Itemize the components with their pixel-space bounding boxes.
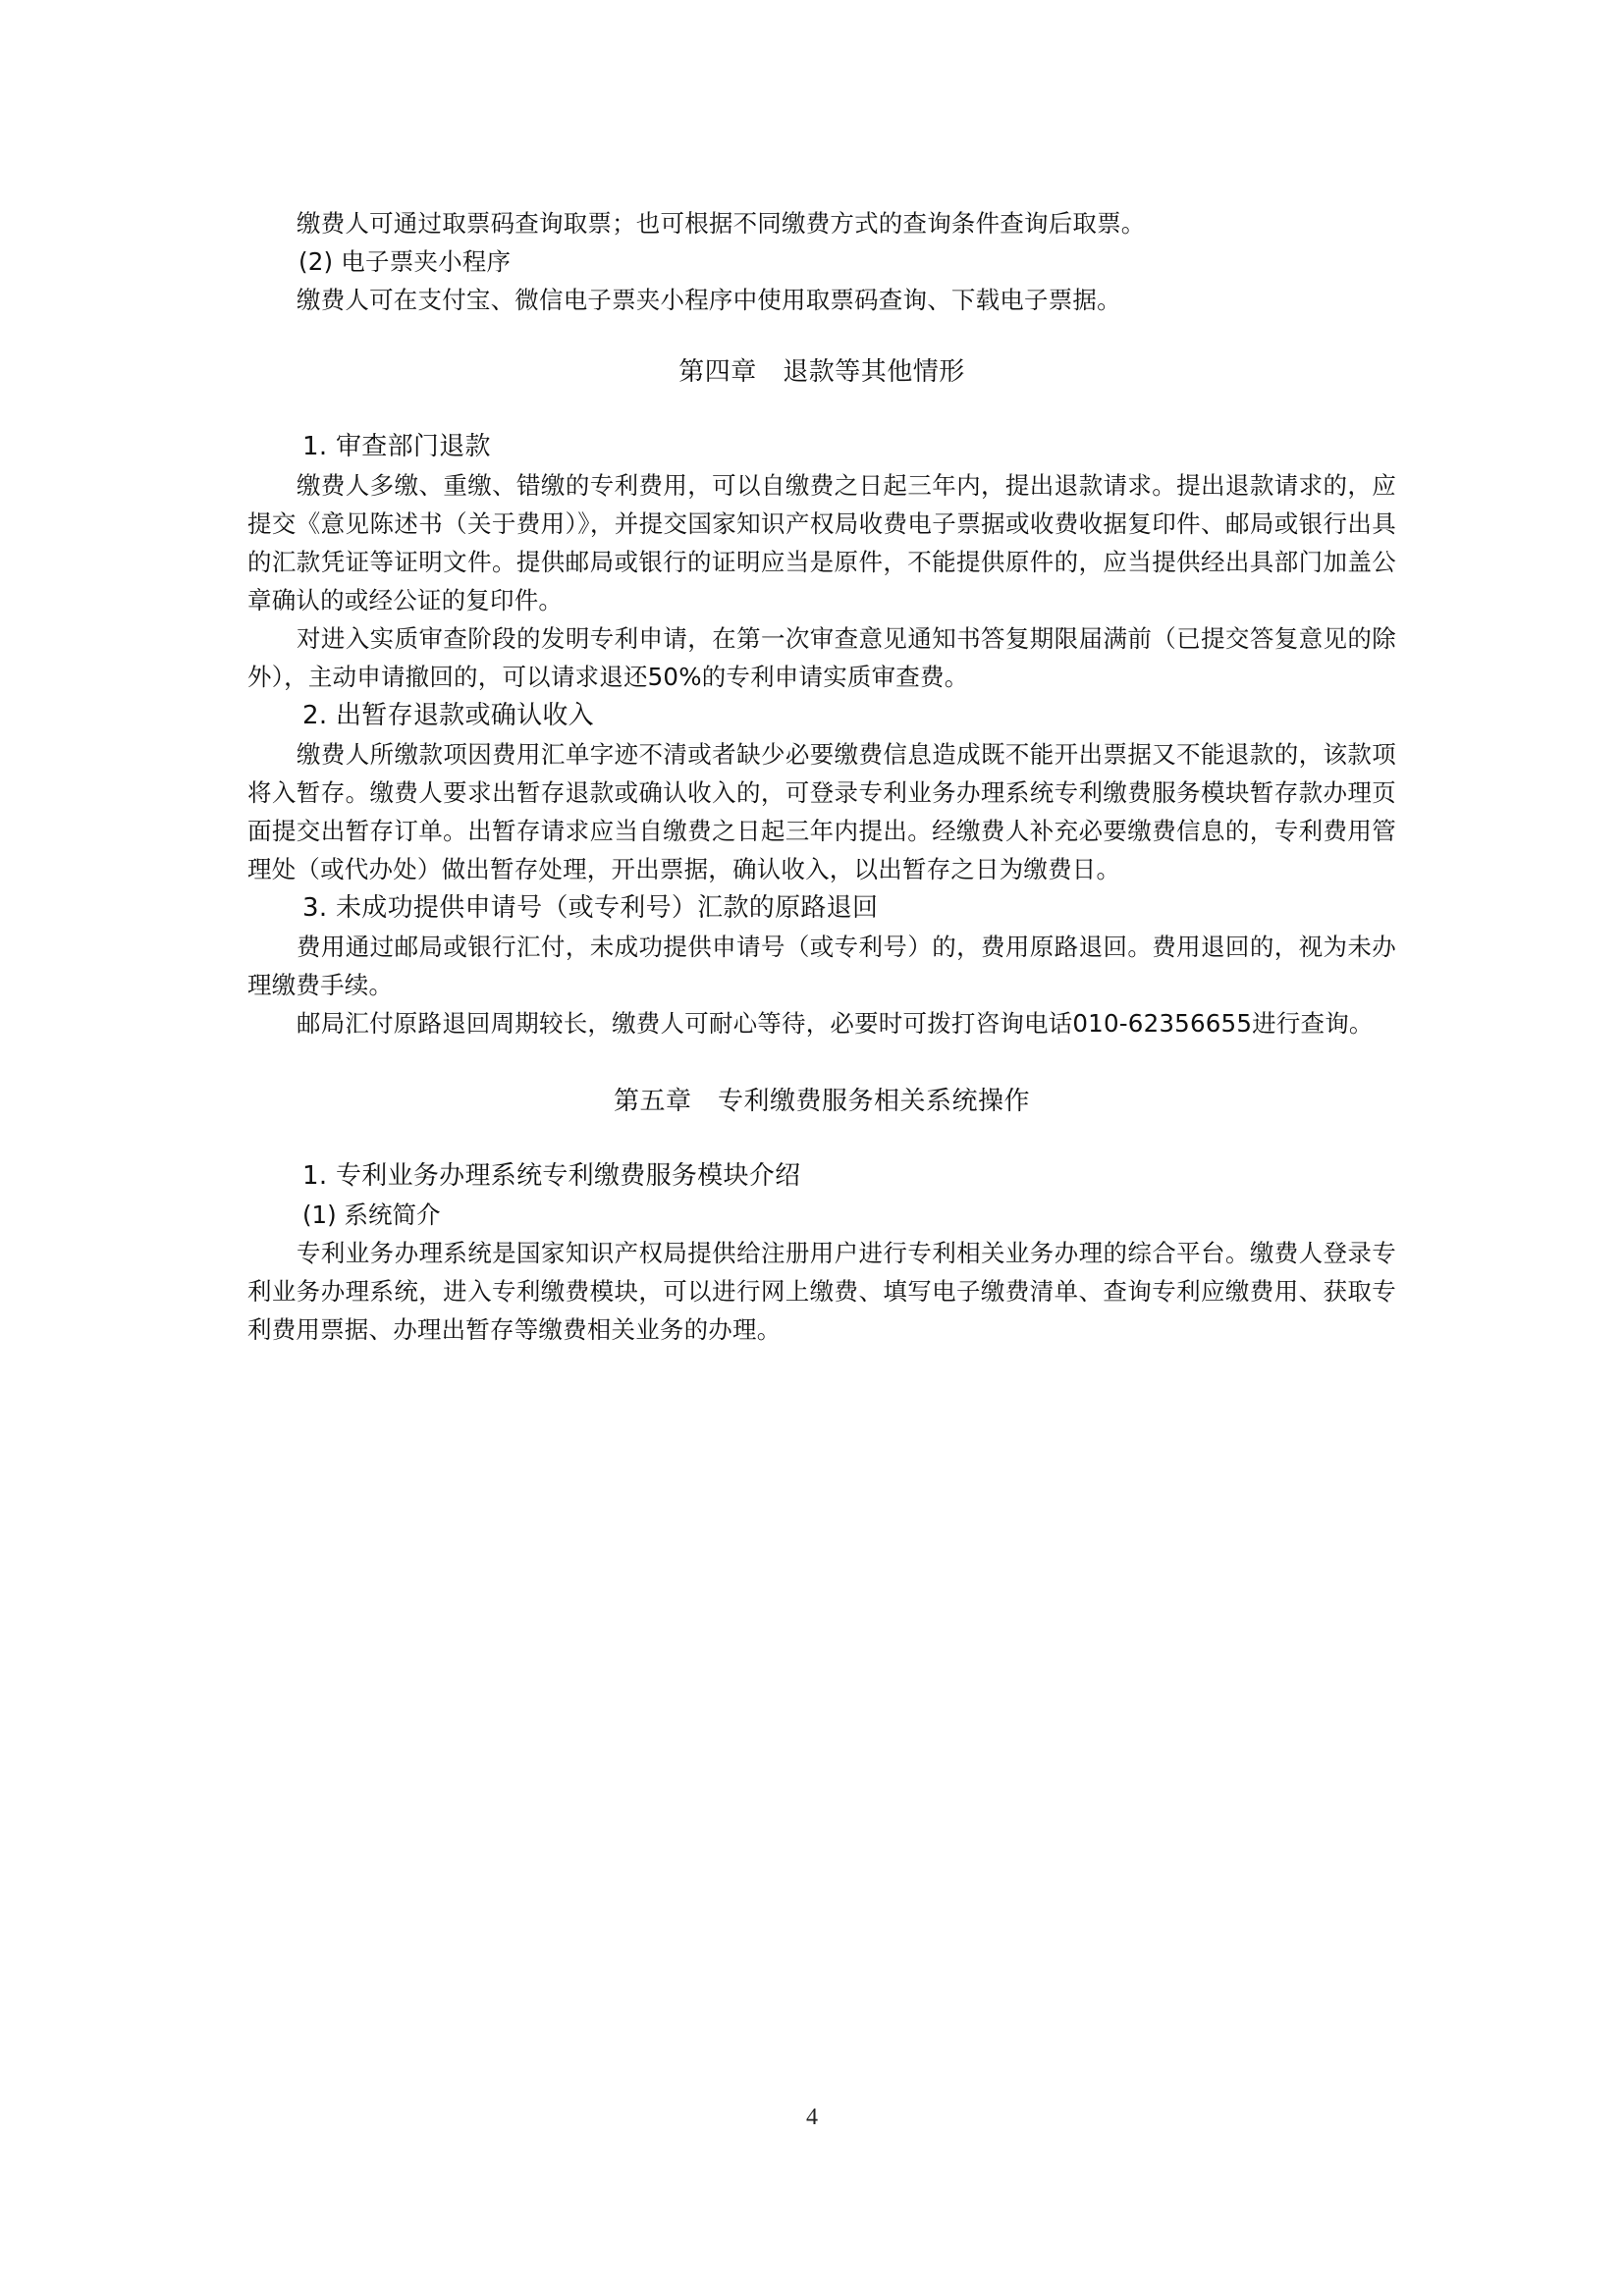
page-content: 缴费人可通过取票码查询取票；也可根据不同缴费方式的查询条件查询后取票。 (2) … — [247, 204, 1396, 1349]
paragraph-return-remittance: 费用通过邮局或银行汇付，未成功提供申请号（或专利号）的，费用原路退回。费用退回的… — [247, 928, 1396, 1004]
intro-paragraph-2: 缴费人可在支付宝、微信电子票夹小程序中使用取票码查询、下载电子票据。 — [247, 281, 1396, 319]
intro-sub-heading: (2) 电子票夹小程序 — [247, 242, 1396, 281]
section-heading-suspense-account: 2. 出暂存退款或确认收入 — [247, 696, 1396, 735]
paragraph-postal-return-inquiry: 邮局汇付原路退回周期较长，缴费人可耐心等待，必要时可拨打咨询电话010-6235… — [247, 1004, 1396, 1042]
spacer — [247, 319, 1396, 352]
paragraph-system-overview: 专利业务办理系统是国家知识产权局提供给注册用户进行专利相关业务办理的综合平台。缴… — [247, 1234, 1396, 1349]
spacer — [247, 392, 1396, 427]
spacer — [247, 1121, 1396, 1156]
chapter-5-title: 第五章 专利缴费服务相关系统操作 — [247, 1082, 1396, 1121]
paragraph-refund-request: 缴费人多缴、重缴、错缴的专利费用，可以自缴费之日起三年内，提出退款请求。提出退款… — [247, 466, 1396, 619]
paragraph-suspense-account: 缴费人所缴款项因费用汇单字迹不清或者缺少必要缴费信息造成既不能开出票据又不能退款… — [247, 735, 1396, 888]
intro-paragraph-1: 缴费人可通过取票码查询取票；也可根据不同缴费方式的查询条件查询后取票。 — [247, 204, 1396, 242]
section-heading-refund: 1. 审查部门退款 — [247, 427, 1396, 466]
document-page: 缴费人可通过取票码查询取票；也可根据不同缴费方式的查询条件查询后取票。 (2) … — [0, 0, 1624, 2296]
sub-heading-system-overview: (1) 系统简介 — [247, 1196, 1396, 1234]
chapter-4-title: 第四章 退款等其他情形 — [247, 352, 1396, 392]
spacer — [247, 1042, 1396, 1082]
paragraph-substantive-exam-refund: 对进入实质审查阶段的发明专利申请，在第一次审查意见通知书答复期限届满前（已提交答… — [247, 619, 1396, 696]
section-heading-return-remittance: 3. 未成功提供申请号（或专利号）汇款的原路退回 — [247, 888, 1396, 928]
page-number: 4 — [0, 2105, 1624, 2131]
section-heading-module-intro: 1. 专利业务办理系统专利缴费服务模块介绍 — [247, 1156, 1396, 1196]
